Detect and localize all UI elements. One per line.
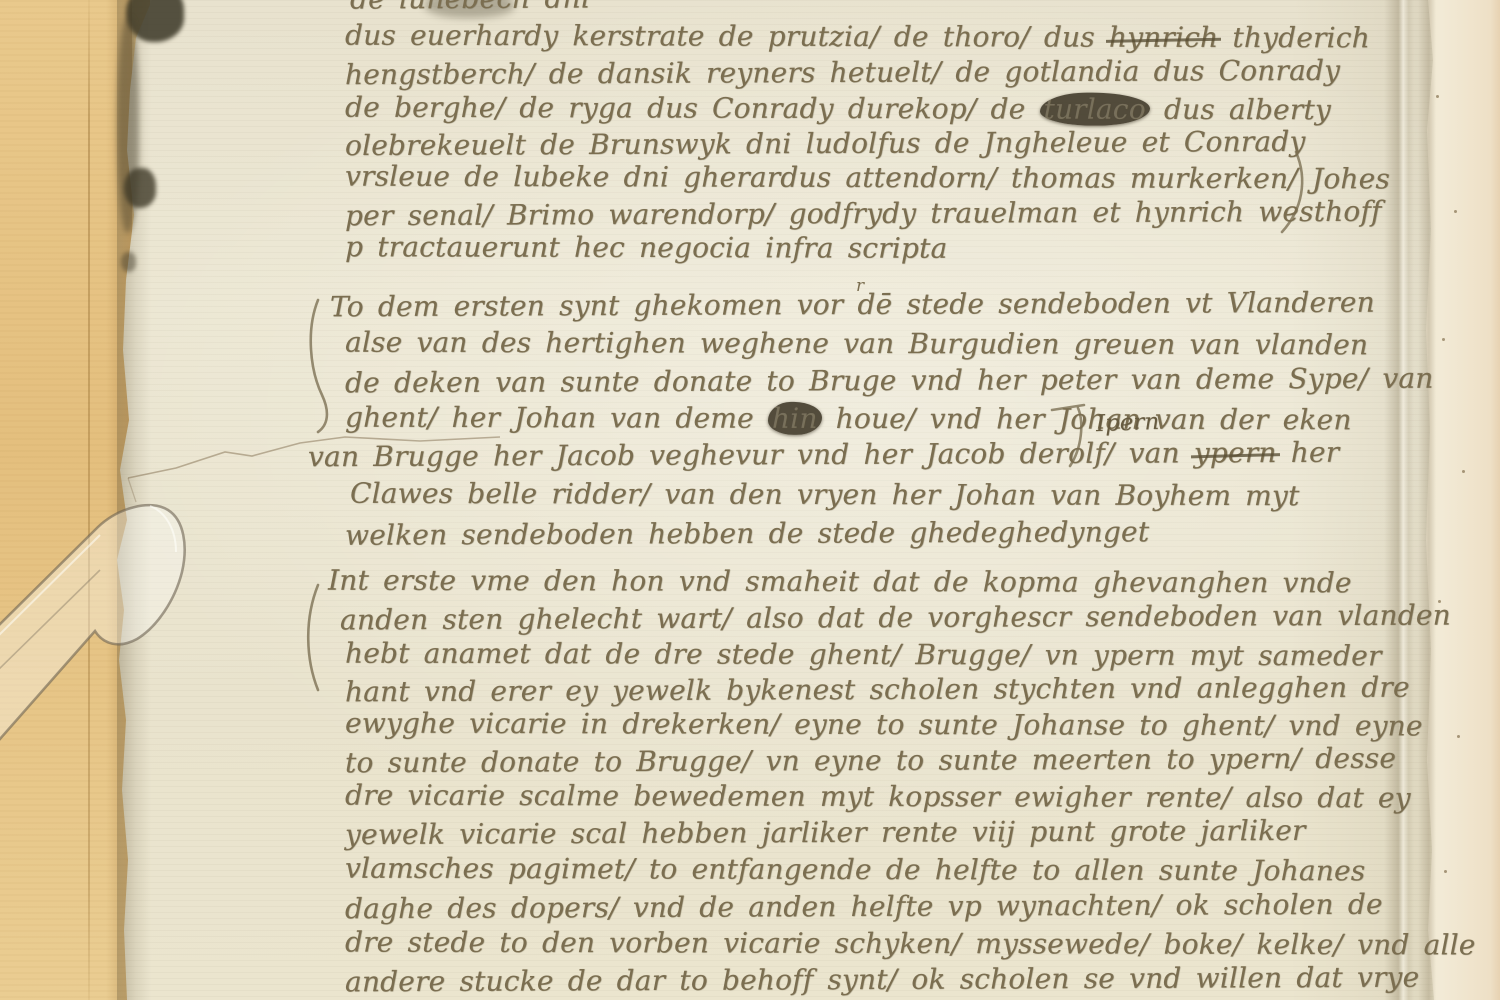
text-line-clipped: de lunebech dni: [350, 0, 590, 17]
text-line: van Brugge her Jacob veghevur vnd her Ja…: [308, 436, 1339, 474]
text-line: yewelk vicarie scal hebben jarliker rent…: [345, 814, 1306, 852]
text-line: hant vnd erer ey yewelk bykenest scholen…: [345, 671, 1410, 710]
text-line: per senal/ Brimo warendorp/ godfrydy tra…: [345, 195, 1382, 234]
ink-blot: hin: [768, 402, 822, 435]
line-segment: dus alberty: [1150, 93, 1331, 126]
line-segment: houe/ vnd her Johan van der eken: [822, 402, 1352, 436]
text-line: andere stucke de dar to behoff synt/ ok …: [345, 961, 1419, 1000]
line-segment: ghent/ her Johan van deme: [345, 401, 768, 435]
text-line: vlamsches pagimet/ to entfangende de hel…: [345, 852, 1365, 889]
text-line: de deken van sunte donate to Bruge vnd h…: [345, 362, 1434, 401]
text-line: ewyghe vicarie in drekerken/ eyne to sun…: [345, 707, 1423, 744]
text-line: dre stede to den vorben vicarie schyken/…: [345, 926, 1476, 963]
line-segment: van Brugge her Jacob veghevur vnd her Ja…: [308, 436, 1194, 473]
line-segment: her: [1277, 436, 1340, 469]
text-line: to sunte donate to Brugge/ vn eyne to su…: [345, 742, 1396, 781]
line-segment: dus euerhardy kerstrate de prutzia/ de t…: [345, 19, 1109, 54]
text-line: vrsleue de lubeke dni gherardus attendor…: [345, 160, 1390, 197]
interlinear-insertion: Ipern: [1096, 409, 1160, 437]
text-line: p tractauerunt hec negocia infra scripta: [345, 230, 947, 266]
superscript-mark: r: [856, 276, 864, 296]
manuscript-photo: de lunebech dni dus euerhardy kerstrate …: [0, 0, 1500, 1000]
text-line: de berghe/ de ryga dus Conrady durekop/ …: [345, 91, 1331, 128]
handwritten-text: de lunebech dni dus euerhardy kerstrate …: [0, 0, 1500, 1000]
text-line: anden sten ghelecht wart/ also dat de vo…: [340, 599, 1451, 638]
line-segment: de berghe/ de ryga dus Conrady durekop/ …: [345, 91, 1040, 126]
text-line: alse van des hertighen weghene van Burgu…: [345, 326, 1368, 363]
text-line: hengstberch/ de dansik reyners hetuelt/ …: [345, 54, 1340, 92]
text-line: Int erste vme den hon vnd smaheit dat de…: [328, 564, 1352, 601]
struck-word: hynrich: [1109, 21, 1218, 54]
text-line: dre vicarie scalme bewedemen myt kopsser…: [345, 779, 1411, 816]
struck-word: ypern: [1194, 436, 1277, 469]
ink-blot: turlaco: [1039, 93, 1149, 126]
text-line: Clawes belle ridder/ van den vryen her J…: [350, 477, 1300, 513]
text-line: olebrekeuelt de Brunswyk dni ludolfus de…: [345, 125, 1306, 163]
text-line: hebt anamet dat de dre stede ghent/ Brug…: [345, 637, 1382, 674]
text-line: To dem ersten synt ghekomen vor dē stede…: [330, 286, 1375, 325]
text-line: daghe des dopers/ vnd de anden helfte vp…: [345, 888, 1383, 927]
text-line: ghent/ her Johan van deme hin houe/ vnd …: [345, 401, 1352, 438]
line-segment: thyderich: [1218, 21, 1370, 54]
text-line: dus euerhardy kerstrate de prutzia/ de t…: [345, 19, 1370, 56]
text-line: welken sendeboden hebben de stede ghedeg…: [345, 515, 1149, 553]
